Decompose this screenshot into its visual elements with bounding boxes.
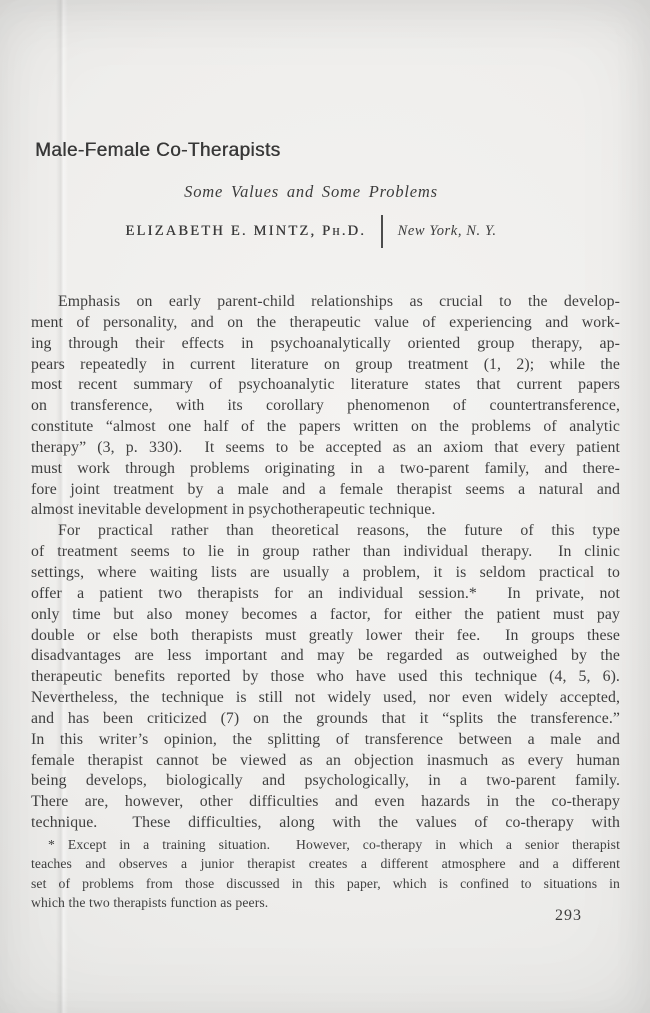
article-subtitle: Some Values and Some Problems xyxy=(31,182,591,202)
text-line: teaches and observes a junior therapist … xyxy=(31,854,620,873)
author-name: ELIZABETH E. MINTZ, Ph.D. xyxy=(125,223,366,240)
text-line: For practical rather than theoretical re… xyxy=(31,521,620,542)
article-body: Emphasis on early parent-child relations… xyxy=(31,292,620,834)
paragraph-1: Emphasis on early parent-child relations… xyxy=(31,292,620,521)
text-line: technique. These difficulties, along wit… xyxy=(31,813,620,834)
text-line: and has been criticized (7) on the groun… xyxy=(31,709,620,730)
text-line: set of problems from those discussed in … xyxy=(31,874,620,893)
text-line: being develops, biologically and psychol… xyxy=(31,771,620,792)
article-title: Male-Female Co-Therapists xyxy=(35,140,280,162)
text-line: settings, where waiting lists are usuall… xyxy=(31,563,620,584)
text-line: There are, however, other difficulties a… xyxy=(31,792,620,813)
byline-divider xyxy=(381,215,383,248)
text-line: disadvantages are less important and may… xyxy=(31,646,620,667)
text-line: In this writer’s opinion, the splitting … xyxy=(31,730,620,751)
byline: ELIZABETH E. MINTZ, Ph.D. New York, N. Y… xyxy=(31,215,591,248)
text-line: female therapist cannot be viewed as an … xyxy=(31,751,620,772)
text-line: which the two therapists function as pee… xyxy=(31,893,620,912)
scanned-page: Male-Female Co-Therapists Some Values an… xyxy=(0,0,650,1013)
text-line: offer a patient two therapists for an in… xyxy=(31,584,620,605)
text-line: most recent summary of psychoanalytic li… xyxy=(31,375,620,396)
text-line: Nevertheless, the technique is still not… xyxy=(31,688,620,709)
text-line: almost inevitable development in psychot… xyxy=(31,500,620,521)
text-line: pears repeatedly in current literature o… xyxy=(31,355,620,376)
text-line: ing through their effects in psychoanaly… xyxy=(31,334,620,355)
text-line: Emphasis on early parent-child relations… xyxy=(31,292,620,313)
text-line: constitute “almost one half of the paper… xyxy=(31,417,620,438)
text-line: only time but also money becomes a facto… xyxy=(31,605,620,626)
text-line: * Except in a training situation. Howeve… xyxy=(31,835,620,854)
text-line: fore joint treatment by a male and a fem… xyxy=(31,480,620,501)
footnote: * Except in a training situation. Howeve… xyxy=(31,835,620,913)
text-line: of treatment seems to lie in group rathe… xyxy=(31,542,620,563)
text-line: ment of personality, and on the therapeu… xyxy=(31,313,620,334)
text-line: double or else both therapists must grea… xyxy=(31,626,620,647)
text-line: therapeutic benefits reported by those w… xyxy=(31,667,620,688)
text-line: on transference, with its corollary phen… xyxy=(31,396,620,417)
author-location: New York, N. Y. xyxy=(398,223,497,240)
text-line: therapy” (3, p. 330). It seems to be acc… xyxy=(31,438,620,459)
page-number: 293 xyxy=(555,907,582,925)
text-line: must work through problems originating i… xyxy=(31,459,620,480)
paragraph-2: For practical rather than theoretical re… xyxy=(31,521,620,834)
